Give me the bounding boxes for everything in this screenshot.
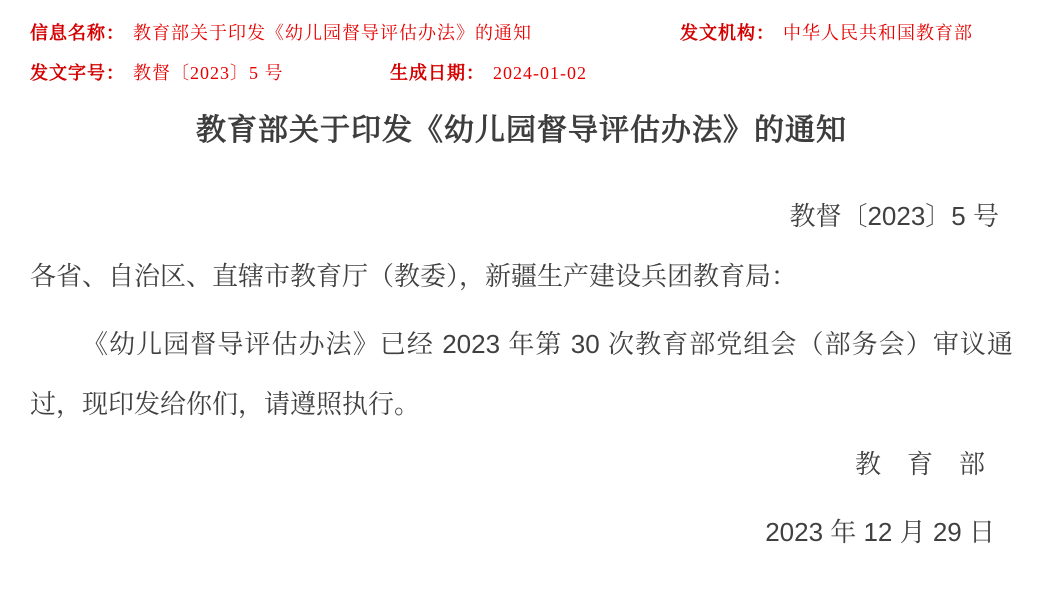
meta-value-generate-date: 2024-01-02	[493, 63, 587, 84]
meta-pair-issuing-agency: 发文机构： 中华人民共和国教育部	[680, 19, 973, 45]
signature-date: 2023 年 12 月 29 日	[30, 502, 1013, 562]
meta-label-info-name: 信息名称：	[30, 19, 125, 45]
meta-header-section: 信息名称： 教育部关于印发《幼儿园督导评估办法》的通知 发文机构： 中华人民共和…	[30, 12, 1013, 92]
signature-agency: 教 育 部	[30, 434, 1013, 494]
meta-value-info-name: 教育部关于印发《幼儿园督导评估办法》的通知	[133, 19, 532, 45]
meta-row-1: 信息名称： 教育部关于印发《幼儿园督导评估办法》的通知 发文机构： 中华人民共和…	[30, 12, 1013, 52]
notice-document-page: 信息名称： 教育部关于印发《幼儿园督导评估办法》的通知 发文机构： 中华人民共和…	[0, 0, 1041, 603]
document-title: 教育部关于印发《幼儿园督导评估办法》的通知	[30, 112, 1013, 150]
meta-pair-doc-number: 发文字号： 教督〔2023〕5 号	[30, 59, 390, 85]
document-number-line: 教督〔2023〕5 号	[30, 186, 1013, 246]
meta-row-2: 发文字号： 教督〔2023〕5 号 生成日期： 2024-01-02	[30, 52, 1013, 92]
meta-label-doc-number: 发文字号：	[30, 59, 125, 85]
meta-label-generate-date: 生成日期：	[390, 59, 485, 85]
body-paragraph: 《幼儿园督导评估办法》已经 2023 年第 30 次教育部党组会（部务会）审议通…	[30, 314, 1013, 434]
salutation-line: 各省、自治区、直辖市教育厅（教委），新疆生产建设兵团教育局：	[30, 246, 1013, 306]
meta-label-issuing-agency: 发文机构：	[680, 19, 775, 45]
meta-value-doc-number: 教督〔2023〕5 号	[133, 59, 284, 85]
meta-pair-generate-date: 生成日期： 2024-01-02	[390, 59, 587, 85]
meta-value-issuing-agency: 中华人民共和国教育部	[783, 19, 973, 45]
meta-pair-info-name: 信息名称： 教育部关于印发《幼儿园督导评估办法》的通知	[30, 19, 680, 45]
